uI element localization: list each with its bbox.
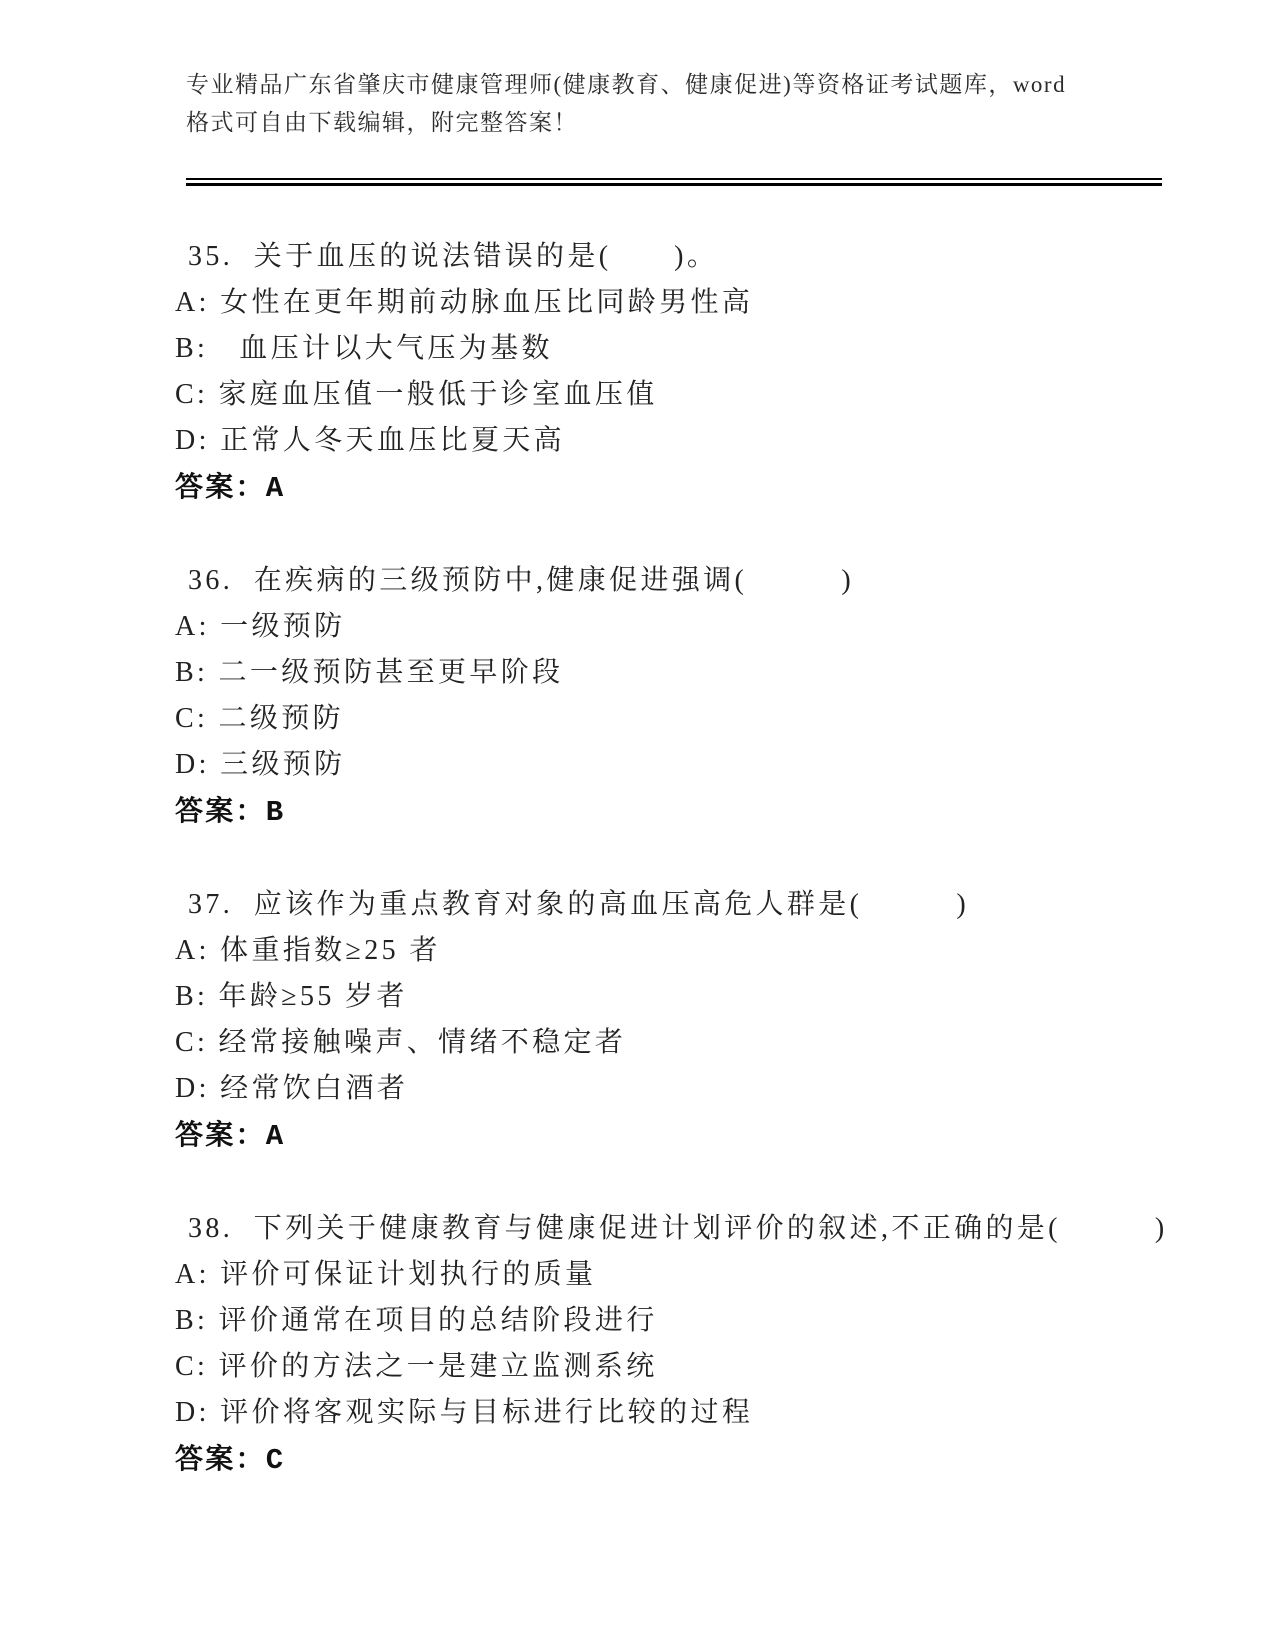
question-stem: 36. 在疾病的三级预防中,健康促进强调( ) <box>175 558 1275 604</box>
question-block-37: 37. 应该作为重点教育对象的高血压高危人群是( ) A: 体重指数≥25 者 … <box>175 882 1275 1160</box>
question-stem: 37. 应该作为重点教育对象的高血压高危人群是( ) <box>175 882 1275 928</box>
question-spacer <box>175 1160 1275 1206</box>
answer-label: 答案： <box>175 1443 266 1474</box>
answer-value: B <box>266 796 286 829</box>
option-b: B: 年龄≥55 岁者 <box>175 974 1275 1020</box>
answer-value: A <box>266 472 286 505</box>
question-block-35: 35. 关于血压的说法错误的是( )。 A: 女性在更年期前动脉血压比同龄男性高… <box>175 234 1275 512</box>
question-stem: 38. 下列关于健康教育与健康促进计划评价的叙述,不正确的是( ) <box>175 1206 1275 1252</box>
option-c: C: 评价的方法之一是建立监测系统 <box>175 1344 1275 1390</box>
header-text-line2: 格式可自由下载编辑，附完整答案！ <box>186 104 1162 142</box>
question-stem: 35. 关于血压的说法错误的是( )。 <box>175 234 1275 280</box>
header-text-line1: 专业精品广东省肇庆市健康管理师(健康教育、健康促进)等资格证考试题库，word <box>186 66 1162 104</box>
answer-line: 答案：A <box>175 1112 1275 1160</box>
option-d: D: 正常人冬天血压比夏天高 <box>175 418 1275 464</box>
option-b: B: 二一级预防甚至更早阶段 <box>175 650 1275 696</box>
answer-label: 答案： <box>175 795 266 826</box>
option-d: D: 评价将客观实际与目标进行比较的过程 <box>175 1390 1275 1436</box>
question-block-38: 38. 下列关于健康教育与健康促进计划评价的叙述,不正确的是( ) A: 评价可… <box>175 1206 1275 1484</box>
answer-value: A <box>266 1120 286 1153</box>
option-c: C: 经常接触噪声、情绪不稳定者 <box>175 1020 1275 1066</box>
answer-value: C <box>266 1444 286 1477</box>
option-b: B: 评价通常在项目的总结阶段进行 <box>175 1298 1275 1344</box>
question-block-36: 36. 在疾病的三级预防中,健康促进强调( ) A: 一级预防 B: 二一级预防… <box>175 558 1275 836</box>
option-b: B: 血压计以大气压为基数 <box>175 326 1275 372</box>
question-spacer <box>175 512 1275 558</box>
divider-top-line <box>186 178 1162 180</box>
option-d: D: 三级预防 <box>175 742 1275 788</box>
answer-line: 答案：C <box>175 1436 1275 1484</box>
header-divider-double-rule <box>186 178 1162 186</box>
exam-question-list: 35. 关于血压的说法错误的是( )。 A: 女性在更年期前动脉血压比同龄男性高… <box>175 234 1275 1484</box>
option-a: A: 一级预防 <box>175 604 1275 650</box>
option-a: A: 评价可保证计划执行的质量 <box>175 1252 1275 1298</box>
option-c: C: 二级预防 <box>175 696 1275 742</box>
divider-bottom-line <box>186 183 1162 186</box>
answer-label: 答案： <box>175 471 266 502</box>
option-a: A: 女性在更年期前动脉血压比同龄男性高 <box>175 280 1275 326</box>
answer-label: 答案： <box>175 1119 266 1150</box>
option-a: A: 体重指数≥25 者 <box>175 928 1275 974</box>
answer-line: 答案：A <box>175 464 1275 512</box>
answer-line: 答案：B <box>175 788 1275 836</box>
option-c: C: 家庭血压值一般低于诊室血压值 <box>175 372 1275 418</box>
document-header: 专业精品广东省肇庆市健康管理师(健康教育、健康促进)等资格证考试题库，word … <box>186 66 1162 186</box>
question-spacer <box>175 836 1275 882</box>
option-d: D: 经常饮白酒者 <box>175 1066 1275 1112</box>
